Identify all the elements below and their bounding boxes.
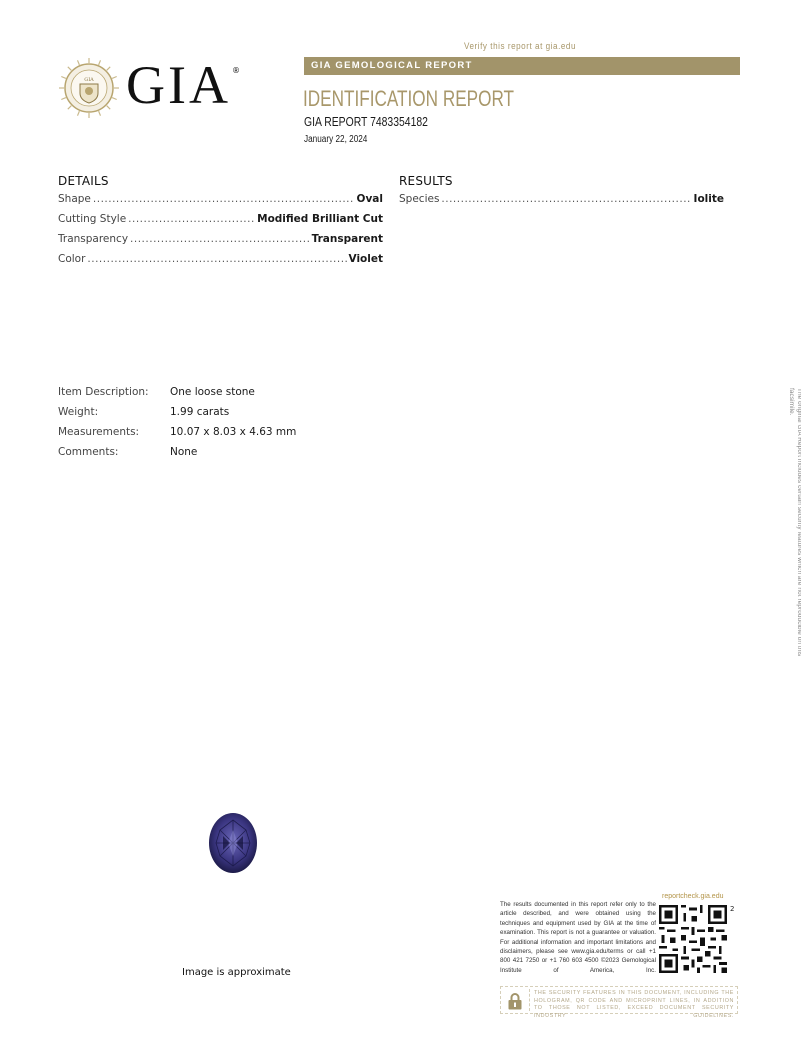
info-row-comments: Comments: None xyxy=(58,446,296,466)
report-category-bar: GIA GEMOLOGICAL REPORT xyxy=(304,57,740,75)
facsimile-text: This is a digital representation of the … xyxy=(788,388,801,667)
detail-row-cutting-style: Cutting Style Modified Brilliant Cut xyxy=(58,213,383,233)
result-label: Species xyxy=(399,193,439,205)
leader-dots xyxy=(93,193,355,205)
verify-link[interactable]: Verify this report at gia.edu xyxy=(322,41,718,51)
details-heading: DETAILS xyxy=(58,174,109,188)
detail-value: Modified Brilliant Cut xyxy=(257,213,383,225)
report-number: GIA REPORT 7483354182 xyxy=(304,114,428,129)
details-list: Shape Oval Cutting Style Modified Brilli… xyxy=(58,193,383,273)
info-value: 1.99 carats xyxy=(170,406,229,426)
report-type-title: IDENTIFICATION REPORT xyxy=(303,86,514,112)
detail-row-transparency: Transparency Transparent xyxy=(58,233,383,253)
info-label: Comments: xyxy=(58,446,170,466)
reportcheck-link[interactable]: reportcheck.gia.edu xyxy=(662,893,723,900)
detail-label: Cutting Style xyxy=(58,213,126,225)
leader-dots xyxy=(130,233,310,245)
info-label: Measurements: xyxy=(58,426,170,446)
gia-logo: GIA xyxy=(126,58,231,112)
detail-row-color: Color Violet xyxy=(58,253,383,273)
info-value: One loose stone xyxy=(170,386,255,406)
results-list: Species Iolite xyxy=(399,193,724,213)
svg-text:GIA: GIA xyxy=(84,77,94,83)
info-row-measurements: Measurements: 10.07 x 8.03 x 4.63 mm xyxy=(58,426,296,446)
facsimile-notice: FACSIMILEThis is a digital representatio… xyxy=(780,388,801,678)
info-value: None xyxy=(170,446,197,466)
item-info: Item Description: One loose stone Weight… xyxy=(58,386,296,466)
info-row-weight: Weight: 1.99 carats xyxy=(58,406,296,426)
security-divider xyxy=(529,989,530,1011)
lock-icon xyxy=(508,993,522,1010)
detail-value: Oval xyxy=(357,193,383,205)
results-heading: RESULTS xyxy=(399,174,453,188)
security-text: THE SECURITY FEATURES IN THIS DOCUMENT, … xyxy=(534,990,734,1020)
gemstone-image xyxy=(208,812,258,874)
detail-label: Transparency xyxy=(58,233,128,245)
info-value: 10.07 x 8.03 x 4.63 mm xyxy=(170,426,296,446)
registered-mark: ® xyxy=(232,66,240,75)
leader-dots xyxy=(128,213,255,225)
disclaimer-text: The results documented in this report re… xyxy=(500,900,656,975)
detail-row-shape: Shape Oval xyxy=(58,193,383,213)
security-notice: THE SECURITY FEATURES IN THIS DOCUMENT, … xyxy=(500,986,738,1014)
info-label: Item Description: xyxy=(58,386,170,406)
result-row-species: Species Iolite xyxy=(399,193,724,213)
gia-seal-icon: GIA xyxy=(58,57,120,119)
detail-value: Transparent xyxy=(312,233,383,245)
detail-value: Violet xyxy=(349,253,384,265)
report-category-label: GIA GEMOLOGICAL REPORT xyxy=(311,60,473,71)
image-caption: Image is approximate xyxy=(182,967,291,978)
leader-dots xyxy=(87,253,346,265)
result-value: Iolite xyxy=(694,193,724,205)
info-label: Weight: xyxy=(58,406,170,426)
leader-dots xyxy=(441,193,691,205)
qr-number: 2 xyxy=(730,905,734,913)
qr-code-icon[interactable] xyxy=(659,904,727,974)
detail-label: Color xyxy=(58,253,85,265)
report-date: January 22, 2024 xyxy=(304,134,367,145)
detail-label: Shape xyxy=(58,193,91,205)
info-row-description: Item Description: One loose stone xyxy=(58,386,296,406)
